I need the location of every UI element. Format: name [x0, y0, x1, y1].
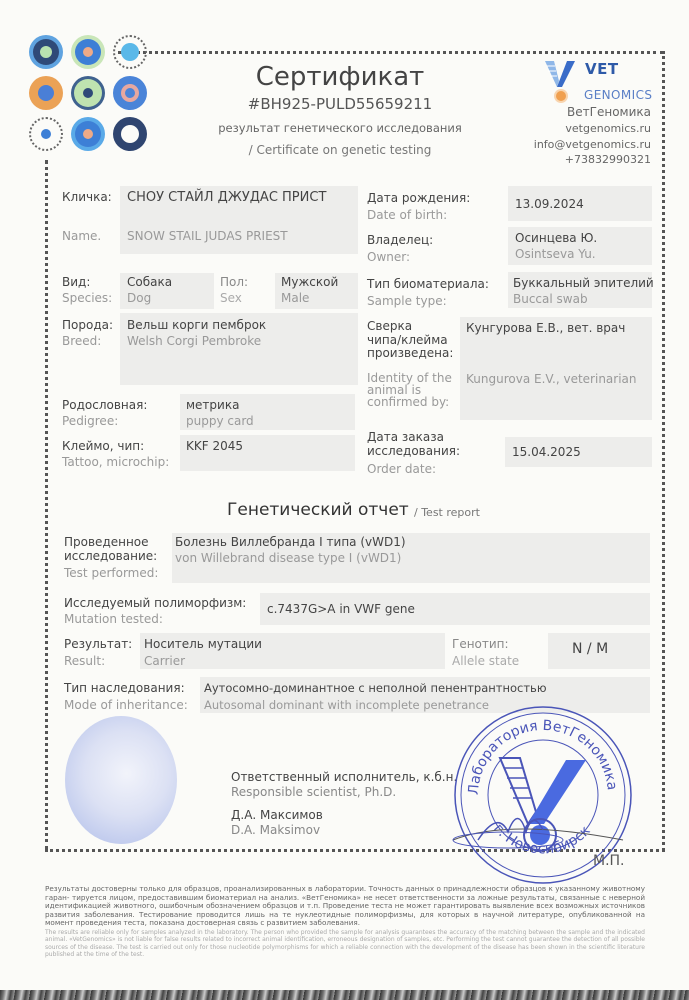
pedigree-label-en: Pedigree:	[62, 414, 118, 429]
name-label-ru: Кличка:	[62, 190, 112, 205]
test-label-en: Test performed:	[64, 566, 158, 581]
pedigree-ru: метрика	[186, 398, 239, 413]
scientist-name-en: D.A. Maksimov	[231, 823, 320, 838]
sex-label-en: Sex	[220, 291, 242, 306]
order-label-ru: Дата заказаисследования:	[367, 431, 460, 458]
sample-label-en: Sample type:	[367, 294, 447, 309]
pedigree-en: puppy card	[186, 414, 254, 429]
animal-name-ru: СНОУ СТАЙЛ ДЖУДАС ПРИСТ	[127, 190, 326, 205]
scientist-role-ru: Ответственный исполнитель, к.б.н.	[231, 770, 457, 785]
verify-label-ru: Сверкачипа/клеймапроизведена:	[367, 320, 453, 361]
report-title: Генетический отчет	[227, 500, 409, 520]
verify-label-en: Identity of theanimal isconfirmed by:	[367, 372, 452, 408]
genotype-value: N / M	[572, 642, 608, 657]
scientist-name-ru: Д.А. Максимов	[231, 808, 323, 823]
inheritance-label-en: Mode of inheritance:	[64, 698, 188, 713]
result-label-ru: Результат:	[64, 637, 132, 652]
frame-border-left	[45, 160, 48, 850]
genotype-label-ru: Генотип:	[452, 637, 509, 652]
inheritance-label-ru: Тип наследования:	[64, 681, 185, 696]
sex-label-ru: Пол:	[220, 275, 248, 290]
inheritance-en: Autosomal dominant with incomplete penet…	[204, 698, 489, 713]
animal-name-en: SNOW STAIL JUDAS PRIEST	[127, 229, 288, 244]
tattoo-label-en: Tattoo, microchip:	[62, 455, 169, 470]
sex-ru: Мужской	[281, 275, 338, 290]
certificate-title: Сертификат	[220, 62, 460, 92]
sex-en: Male	[281, 291, 309, 306]
company-name: ВетГеномика	[567, 105, 651, 119]
result-en: Carrier	[144, 654, 185, 669]
tattoo-value: KKF 2045	[186, 439, 243, 454]
pedigree-label-ru: Родословная:	[62, 398, 147, 413]
lab-stamp: Лаборатория ВетГеномика г. Новосибирск М…	[448, 700, 638, 890]
sample-ru: Буккальный эпителий	[513, 276, 654, 291]
test-label-ru: Проведенноеисследование:	[64, 536, 157, 563]
logo-text-genomics: GENOMICS	[584, 88, 652, 102]
sun-logo-icon	[556, 91, 566, 101]
mutation-label-ru: Исследуемый полиморфизм:	[64, 596, 246, 611]
breed-label-ru: Порода:	[62, 318, 113, 333]
hologram-seal	[65, 716, 177, 844]
species-label-ru: Вид:	[62, 275, 90, 290]
species-ru: Собака	[127, 275, 172, 290]
owner-label-en: Owner:	[367, 250, 410, 265]
owner-label-ru: Владелец:	[367, 233, 433, 248]
background-fabric	[0, 990, 689, 1000]
species-label-en: Species:	[62, 291, 112, 306]
certificate-number: #BH925-PULD55659211	[220, 95, 460, 113]
disclaimer-ru: Результаты достоверны только для образцо…	[45, 885, 645, 928]
company-website[interactable]: vetgenomics.ru	[565, 122, 651, 135]
species-en: Dog	[127, 291, 151, 306]
svg-text:М.П.: М.П.	[593, 853, 625, 869]
test-ru: Болезнь Виллебранда I типа (vWD1)	[175, 535, 406, 550]
dob-value: 13.09.2024	[515, 197, 584, 212]
dob-label-ru: Дата рождения:	[367, 191, 470, 206]
report-title-en: / Test report	[414, 506, 480, 519]
name-label-en: Name.	[62, 229, 101, 244]
genotype-label-en: Allele state	[452, 654, 519, 669]
test-en: von Willebrand disease type I (vWD1)	[175, 551, 401, 566]
subtitle-ru: результат генетического исследования	[195, 121, 485, 135]
breed-en: Welsh Corgi Pembroke	[127, 334, 261, 349]
disclaimer-en: The results are reliable only for sample…	[45, 929, 645, 959]
mutation-label-en: Mutation tested:	[64, 612, 163, 627]
breed-ru: Вельш корги пемброк	[127, 318, 266, 333]
company-phone: +73832990321	[565, 153, 651, 166]
tattoo-label-ru: Клеймо, чип:	[62, 439, 144, 454]
verify-en: Kungurova E.V., veterinarian	[466, 372, 637, 387]
dob-label-en: Date of birth:	[367, 208, 447, 223]
verify-ru: Кунгурова Е.В., вет. врач	[466, 321, 625, 336]
logo-text-vet: VET	[585, 60, 619, 78]
inheritance-ru: Аутосомно-доминантное с неполной пенентр…	[204, 681, 547, 696]
result-ru: Носитель мутации	[144, 637, 262, 652]
company-email[interactable]: info@vetgenomics.ru	[534, 138, 651, 151]
scientist-role-en: Responsible scientist, Ph.D.	[231, 785, 396, 800]
sample-label-ru: Тип биоматериала:	[367, 277, 489, 292]
owner-en: Osintseva Yu.	[515, 247, 596, 262]
result-label-en: Result:	[64, 654, 105, 669]
order-date-value: 15.04.2025	[512, 445, 581, 460]
breed-label-en: Breed:	[62, 334, 101, 349]
mutation-value: c.7437G>A in VWF gene	[267, 602, 415, 617]
order-label-en: Order date:	[367, 462, 436, 477]
v-logo-icon	[545, 61, 575, 87]
owner-ru: Осинцева Ю.	[515, 231, 597, 246]
subtitle-en: / Certificate on genetic testing	[195, 143, 485, 157]
sample-en: Buccal swab	[513, 292, 588, 307]
frame-border-right	[662, 51, 665, 851]
frame-border-top	[118, 51, 664, 54]
